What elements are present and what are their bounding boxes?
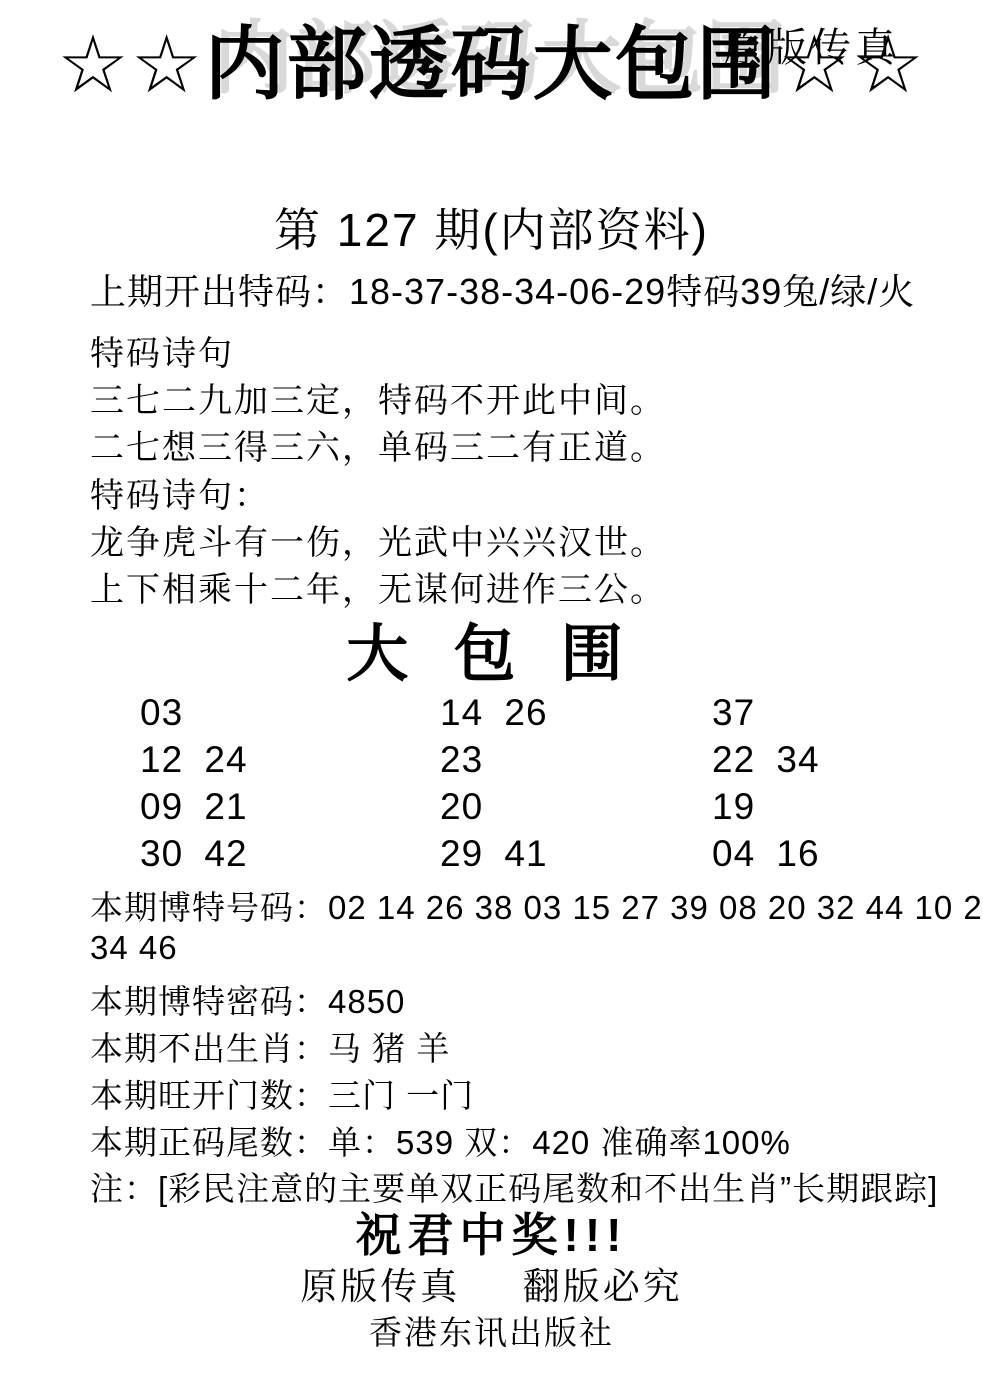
surround-grid-cell: 09 21	[140, 786, 440, 828]
surround-grid-cell: 04 16	[712, 833, 943, 875]
doors-line: 本期旺开门数：三门 一门	[90, 1070, 953, 1117]
surround-grid-row: 09 21 20 19	[140, 786, 943, 828]
footer-publisher: 香港东讯出版社	[0, 1307, 983, 1354]
poem2-heading: 特码诗句：	[90, 468, 953, 517]
surround-grid-row: 12 24 23 22 34	[140, 739, 943, 781]
page-title-text: 内部透码大包围	[205, 22, 779, 110]
surround-grid-cell: 22 34	[712, 739, 943, 781]
stars-left-icon: ☆☆	[57, 22, 204, 110]
surround-grid-cell: 19	[712, 786, 943, 828]
surround-grid-cell: 37	[712, 692, 943, 734]
surround-grid-row: 30 42 29 41 04 16	[140, 833, 943, 875]
corner-label-original-fax: 原版传真	[723, 16, 899, 73]
poem1-heading: 特码诗句	[90, 326, 953, 375]
surround-grid-cell: 12 24	[140, 739, 440, 781]
surround-grid-cell: 29 41	[440, 833, 712, 875]
bote-numbers-line1: 本期博特号码：02 14 26 38 03 15 27 39 08 20 32 …	[90, 882, 953, 929]
surround-grid-cell: 14 26	[440, 692, 712, 734]
poem1-line: 三七二九加三定，特码不开此中间。	[90, 373, 953, 422]
issue-number-line: 第 127 期(内部资料)	[0, 194, 983, 260]
surround-grid-cell: 20	[440, 786, 712, 828]
bote-password-line: 本期博特密码：4850	[90, 976, 953, 1023]
surround-section-title: 大 包 围	[0, 604, 983, 693]
bote-numbers-line2: 34 46	[90, 929, 953, 967]
surround-grid-cell: 30 42	[140, 833, 440, 875]
surround-grid-cell: 23	[440, 739, 712, 781]
surround-grid-cell: 03	[140, 692, 440, 734]
surround-grid-row: 03 14 26 37	[140, 692, 943, 734]
fax-document-page: 原版传真 ☆☆内部透码大包围☆☆ 第 127 期(内部资料) 上期开出特码：18…	[0, 0, 983, 1388]
previous-result-line: 上期开出特码：18-37-38-34-06-29特码39兔/绿/火	[90, 264, 953, 315]
tail-numbers-line: 本期正码尾数：单：539 双：420 准确率100%	[90, 1117, 953, 1164]
poem2-line: 龙争虎斗有一伤，光武中兴兴汉世。	[90, 515, 953, 564]
footer-copyright-notice: 原版传真 翻版必究	[0, 1256, 983, 1310]
excluded-zodiac-line: 本期不出生肖：马 猪 羊	[90, 1023, 953, 1070]
poem1-line: 二七想三得三六，单码三二有正道。	[90, 420, 953, 469]
